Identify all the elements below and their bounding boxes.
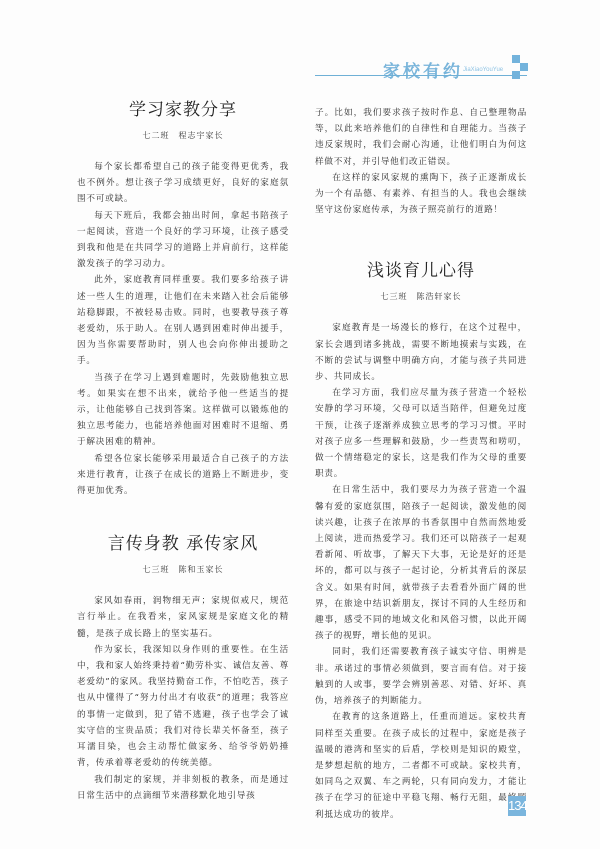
paragraph: 在学习方面，我们应尽量为孩子营造一个轻松安静的学习环境，父母可以适当陪伴，但避免… — [315, 385, 527, 482]
header-divider — [315, 75, 527, 76]
paragraph: 家庭教育是一场漫长的修行，在这个过程中，家长会遇到诸多挑战，需要不断地摸索与实践… — [315, 320, 527, 385]
article-author: 七三班 陈浩轩家长 — [315, 291, 527, 302]
article-title: 学习家教分享 — [77, 95, 289, 120]
section-subtitle: JiaXiaoYouYue — [463, 67, 503, 73]
article-parenting-thoughts: 浅谈育儿心得 七三班 陈浩轩家长 家庭教育是一场漫长的修行，在这个过程中，家长会… — [315, 256, 527, 822]
article-study-sharing: 学习家教分享 七二班 程志宇家长 每个家长都希望自己的孩子能变得更优秀，我也不例… — [77, 95, 289, 499]
section-title: 家校有约 — [383, 57, 463, 82]
paragraph: 此外，家庭教育同样重要。我们要多给孩子讲述一些人生的道理，让他们在未来踏入社会后… — [77, 272, 289, 369]
article-author: 七三班 陈和玉家长 — [77, 564, 289, 575]
paragraph: 在教育的这条道路上，任重而道远。家校共育同样至关重要。在孩子成长的过程中，家庭是… — [315, 709, 527, 822]
paragraph: 在日常生活中，我们要尽力为孩子营造一个温馨有爱的家庭氛围，陪孩子一起阅读，激发他… — [315, 482, 527, 644]
paragraph: 同时，我们还需要教育孩子诚实守信、明辨是非。承诺过的事情必须做到，要言而有信。对… — [315, 644, 527, 709]
left-column: 学习家教分享 七二班 程志宇家长 每个家长都希望自己的孩子能变得更优秀，我也不例… — [77, 95, 289, 804]
paragraph: 希望各位家长能够采用最适合自己孩子的方法来进行教育，让孩子在成长的道路上不断进步… — [77, 451, 289, 500]
article-family-tradition-continued: 子。比如，我们要求孩子按时作息、自己整理物品等，以此来培养他们的自律性和自理能力… — [315, 105, 527, 218]
paragraph: 家风如春雨，润物细无声；家规似戒尺，规范言行举止。在我看来，家风家规是家庭文化的… — [77, 593, 289, 642]
article-title: 言传身教 承传家风 — [77, 529, 289, 554]
paragraph: 每天下班后，我都会抽出时间，拿起书陪孩子一起阅读，营造一个良好的学习环境，让孩子… — [77, 208, 289, 273]
paragraph: 作为家长，我深知以身作则的重要性。在生活中，我和家人始终秉持着“勤劳朴实、诚信友… — [77, 642, 289, 772]
page-number: 134 — [508, 796, 526, 816]
paragraph: 每个家长都希望自己的孩子能变得更优秀，我也不例外。想让孩子学习成绩更好，良好的家… — [77, 159, 289, 208]
paragraph: 我们制定的家规，并非刻板的教条，而是通过日常生活中的点滴细节来潜移默化地引导孩 — [77, 772, 289, 804]
paragraph: 子。比如，我们要求孩子按时作息、自己整理物品等，以此来培养他们的自律性和自理能力… — [315, 105, 527, 170]
article-family-tradition: 言传身教 承传家风 七三班 陈和玉家长 家风如春雨，润物细无声；家规似戒尺，规范… — [77, 529, 289, 804]
article-title: 浅谈育儿心得 — [315, 256, 527, 281]
square-blocks-icon — [512, 55, 534, 79]
paragraph: 在这样的家风家规的熏陶下，孩子正逐渐成长为一个有品德、有素养、有担当的人。我也会… — [315, 170, 527, 219]
article-author: 七二班 程志宇家长 — [77, 130, 289, 141]
page-header: 家校有约 JiaXiaoYouYue — [0, 0, 600, 90]
right-column: 子。比如，我们要求孩子按时作息、自己整理物品等，以此来培养他们的自律性和自理能力… — [315, 105, 527, 823]
paragraph: 当孩子在学习上遇到难题时，先鼓励他独立思考。如果实在想不出来，就给予他一些适当的… — [77, 370, 289, 451]
